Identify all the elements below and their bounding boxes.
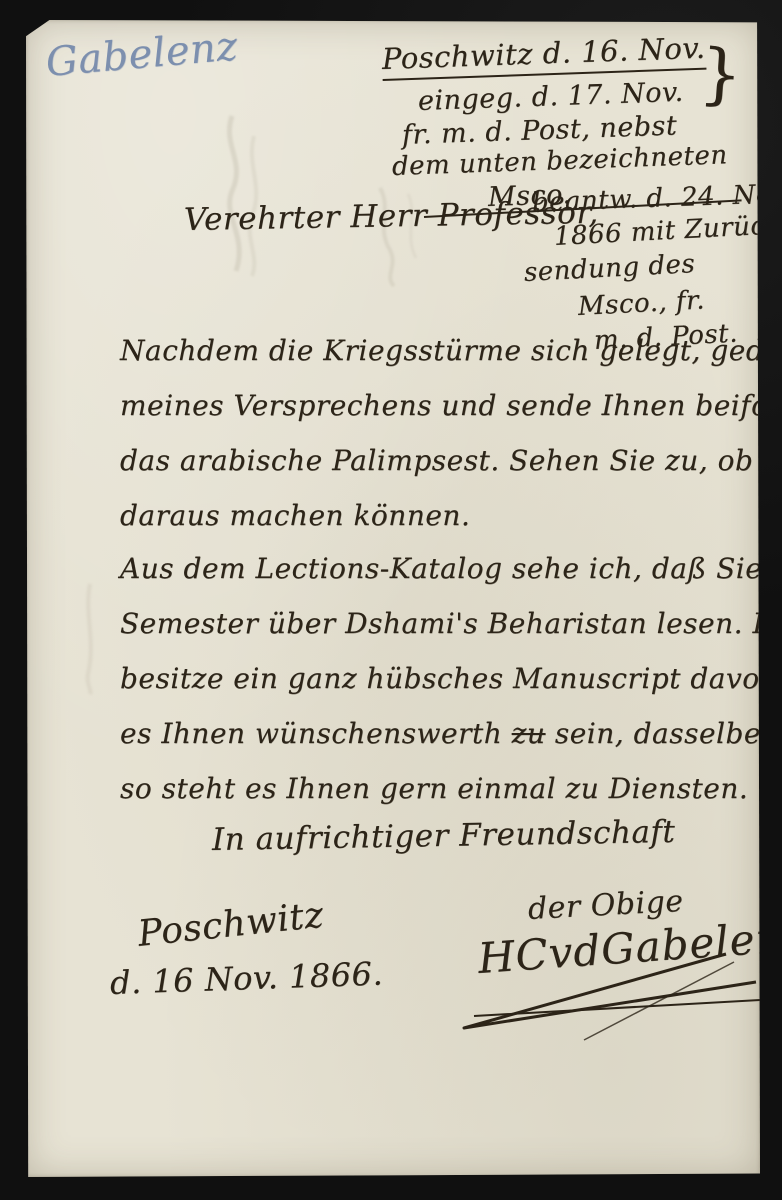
reply-note-line4: Msco., fr.	[577, 285, 705, 322]
reply-note-line3: sendung des	[523, 249, 696, 288]
salutation: Verehrter Herr Professor,	[184, 195, 599, 238]
brace-mark: }	[697, 34, 745, 114]
closing-formula: In aufrichtiger Freundschaft	[212, 814, 676, 858]
body-p2-line1: Aus dem Lections-Katalog sehe ich, daß S…	[120, 552, 782, 585]
body-p1-line4: daraus machen können.	[120, 499, 470, 532]
paper-stain	[70, 578, 110, 698]
body-p1-line3: das arabische Palimpsest. Sehen Sie zu, …	[120, 444, 782, 477]
body-p2-line4: es Ihnen wünschenswerth zu sein, dasselb…	[120, 717, 782, 750]
date-line: d. 16 Nov. 1866.	[109, 954, 383, 1002]
ink-bleed-mark-2	[368, 180, 438, 290]
archival-name-note: Gabelenz	[44, 23, 240, 86]
body-p2-line3: besitze ein ganz hübsches Manuscript dav…	[120, 662, 782, 695]
scan-background: Gabelenz Poschwitz d. 16. Nov. } eingeg.…	[0, 0, 782, 1200]
ink-bleed-mark	[202, 106, 282, 286]
body-p2-line5: so steht es Ihnen gern einmal zu Dienste…	[120, 772, 748, 805]
place-line: Poschwitz	[136, 895, 326, 955]
received-note-place-date: Poschwitz d. 16. Nov.	[381, 31, 706, 81]
body-p1-line1: Nachdem die Kriegsstürme sich gelegt, ge…	[120, 334, 782, 367]
letter-page: Gabelenz Poschwitz d. 16. Nov. } eingeg.…	[26, 20, 760, 1177]
body-p2-line4-post: sein, dasselbe einzusehen,	[545, 717, 782, 750]
body-p1-line2: meines Versprechens und sende Ihnen beif…	[120, 389, 782, 422]
body-p2-line2: Semester über Dshami's Beharistan lesen.…	[120, 607, 782, 640]
crossed-out-word: zu	[512, 717, 546, 750]
body-p2-line4-pre: es Ihnen wünschenswerth	[120, 717, 512, 750]
signature-flourish	[434, 916, 764, 1046]
